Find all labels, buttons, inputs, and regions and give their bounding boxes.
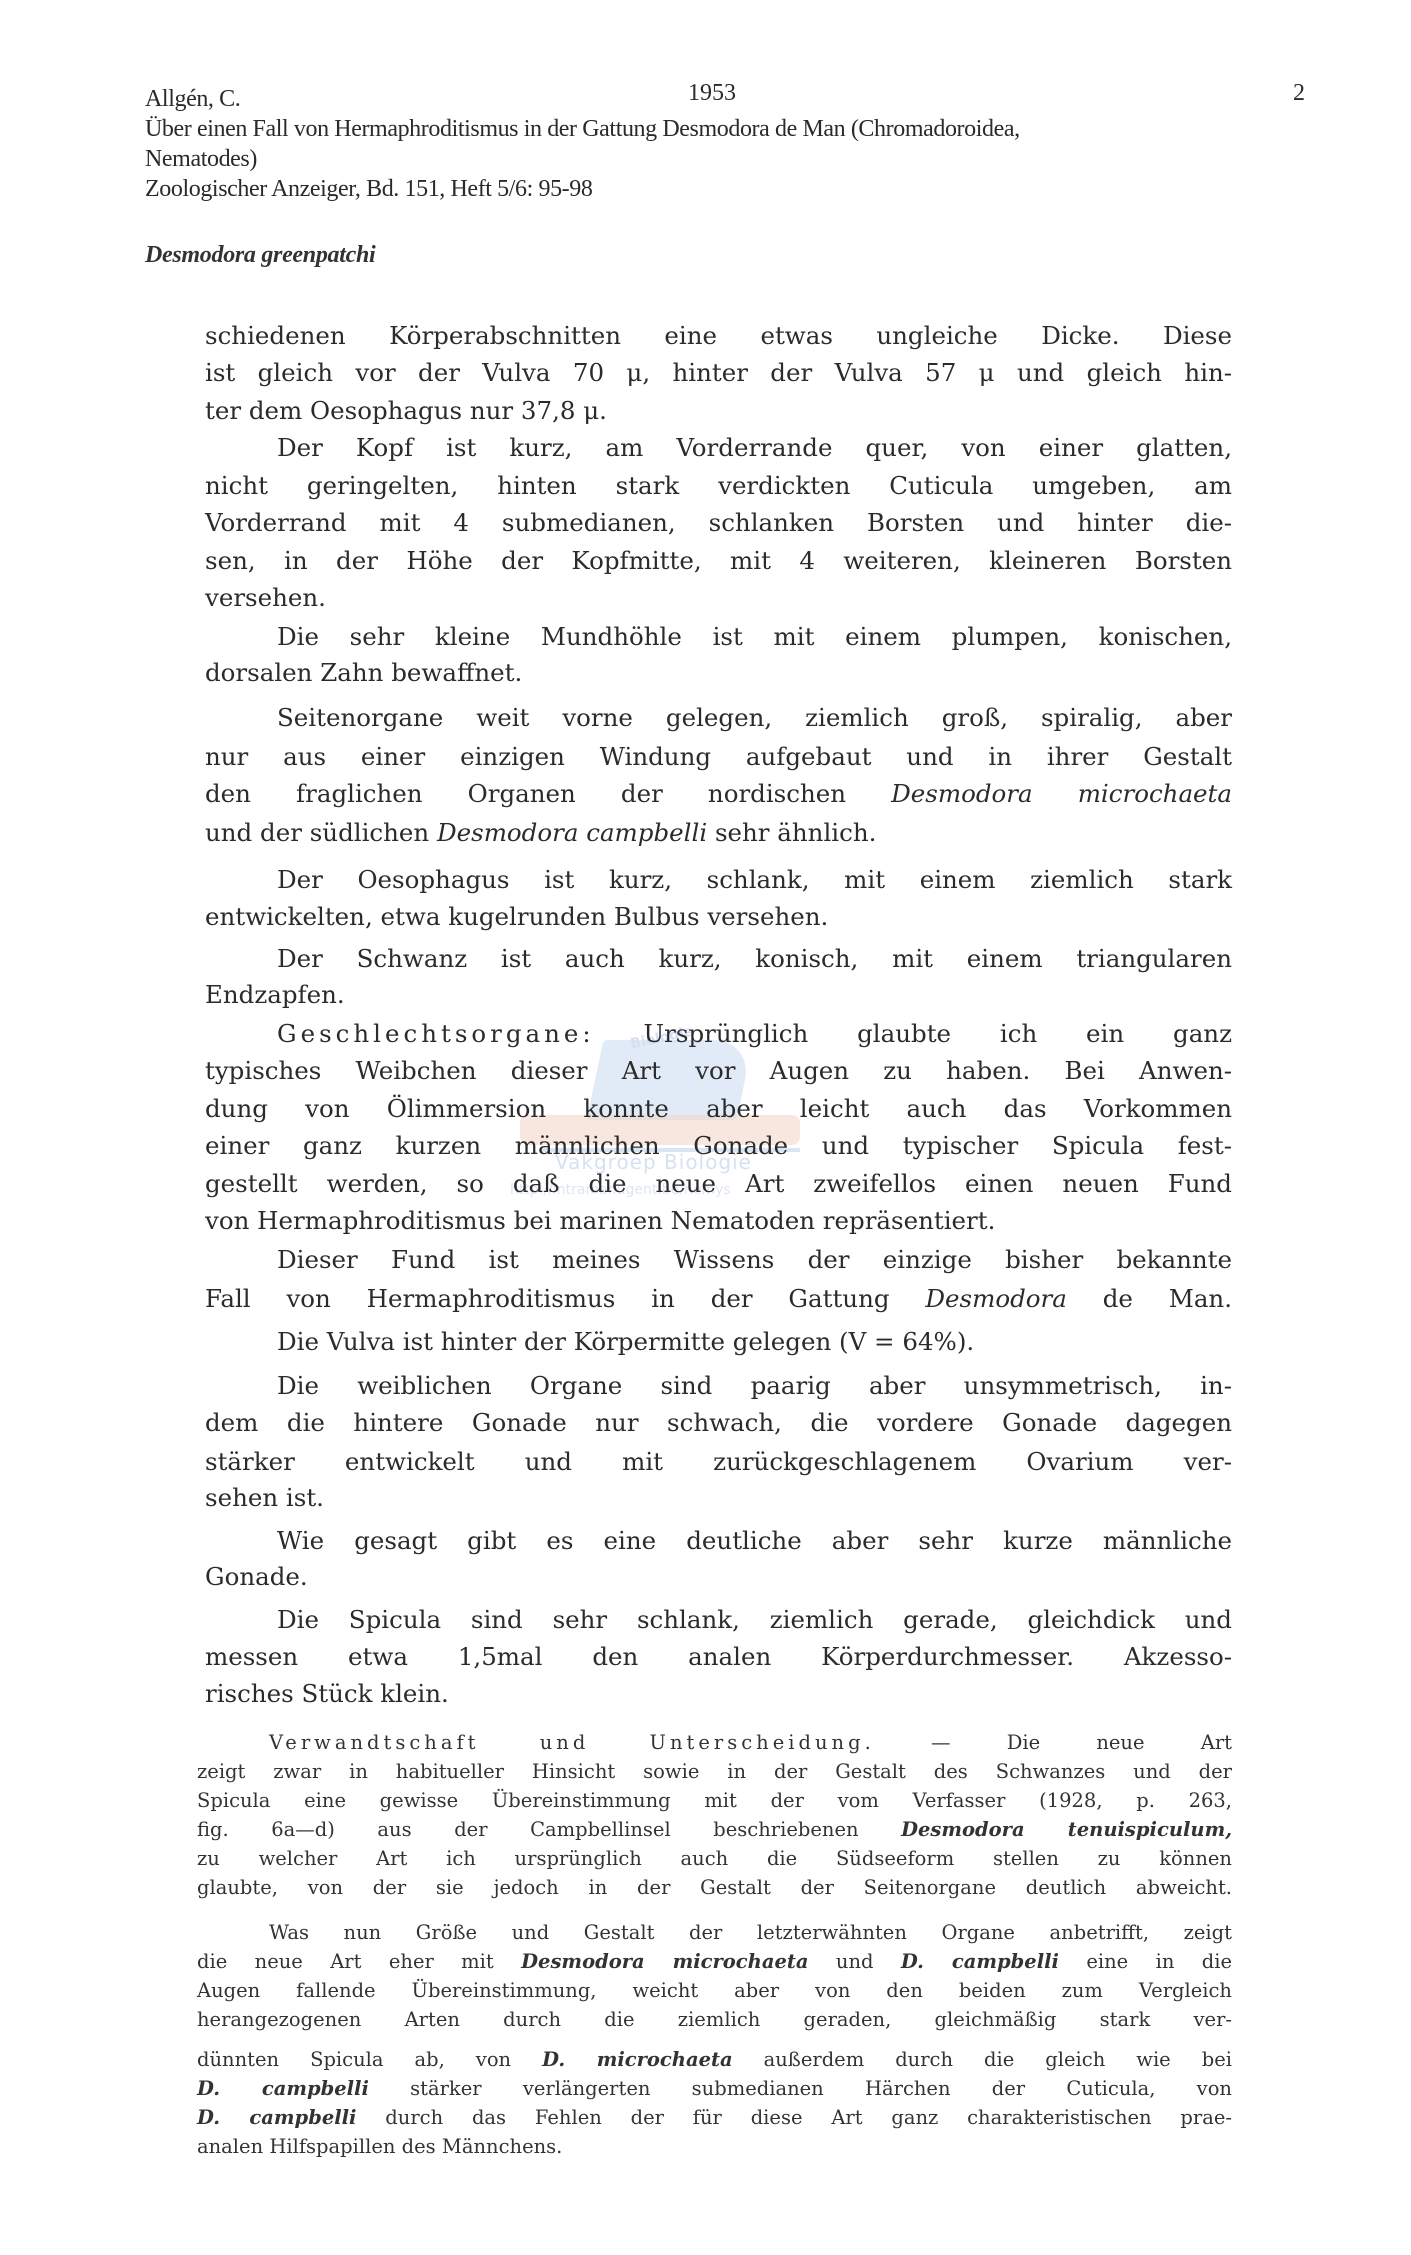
small-print-line: analen Hilfspapillen des Männchens. [197, 2133, 1232, 2161]
small-print-line: fig. 6a—d) aus der Campbellinsel beschri… [197, 1816, 1232, 1844]
body-line: Die weiblichen Organe sind paarig aber u… [205, 1368, 1232, 1404]
body-line: risches Stück klein. [205, 1676, 1232, 1712]
body-line: nicht geringelten, hinten stark verdickt… [205, 468, 1232, 504]
article-title-line-2: Nematodes) [145, 144, 257, 174]
text-span: dünnten Spicula ab, von [197, 2048, 542, 2071]
italic-taxon: Desmodora campbelli [437, 818, 707, 847]
body-line: messen etwa 1,5mal den analen Körperdurc… [205, 1639, 1232, 1675]
body-line: versehen. [205, 580, 1232, 616]
body-line: und der südlichen Desmodora campbelli se… [205, 815, 1232, 851]
italic-taxon: D. campbelli [197, 2106, 356, 2129]
body-line: Wie gesagt gibt es eine deutliche aber s… [205, 1523, 1232, 1559]
text-span: und der südlichen [205, 818, 437, 847]
body-line: einer ganz kurzen männlichen Gonade und … [205, 1128, 1232, 1164]
italic-taxon: Desmodora tenuispiculum, [901, 1818, 1232, 1841]
body-line: von Hermaphroditismus bei marinen Nemato… [205, 1203, 1232, 1239]
italic-taxon: D. microchaeta [542, 2048, 733, 2071]
body-line: Der Oesophagus ist kurz, schlank, mit ei… [205, 862, 1232, 898]
text-span: eine in die [1059, 1950, 1232, 1973]
italic-taxon: Desmodora microchaeta [891, 779, 1232, 808]
text-span: die neue Art eher mit [197, 1950, 521, 1973]
small-print-line: herangezogenen Arten durch die ziemlich … [197, 2006, 1232, 2034]
small-print-line: D. campbelli durch das Fehlen der für di… [197, 2104, 1232, 2132]
small-print-line: Verwandtschaft und Unterscheidung. — Die… [197, 1729, 1232, 1757]
species-heading: Desmodora greenpatchi [145, 242, 375, 269]
body-line: Endzapfen. [205, 977, 1232, 1013]
small-print-line: zeigt zwar in habitueller Hinsicht sowie… [197, 1758, 1232, 1786]
body-line: nur aus einer einzigen Windung aufgebaut… [205, 739, 1232, 775]
text-span: de Man. [1067, 1284, 1232, 1313]
text-span: sehr ähnlich. [707, 818, 876, 847]
publication-year: 1953 [688, 80, 736, 107]
body-line: Der Kopf ist kurz, am Vorderrande quer, … [205, 430, 1232, 466]
small-print-line: Was nun Größe und Gestalt der letzterwäh… [197, 1919, 1232, 1947]
body-line: dem die hintere Gonade nur schwach, die … [205, 1405, 1232, 1441]
author: Allgén, C. [145, 84, 240, 114]
body-line: Die Vulva ist hinter der Körpermitte gel… [205, 1324, 1232, 1360]
body-line: Die Spicula sind sehr schlank, ziemlich … [205, 1602, 1232, 1638]
body-line: Fall von Hermaphroditismus in der Gattun… [205, 1281, 1232, 1317]
body-line: sehen ist. [205, 1480, 1232, 1516]
body-line: Geschlechtsorgane: Ursprünglich glaubte … [205, 1016, 1232, 1052]
body-line: den fraglichen Organen der nordischen De… [205, 776, 1232, 812]
text-span: stärker verlängerten submedianen Härchen… [369, 2077, 1232, 2100]
text-span: und [809, 1950, 901, 1973]
body-line: stärker entwickelt und mit zurückgeschla… [205, 1444, 1232, 1480]
body-line: typisches Weibchen dieser Art vor Augen … [205, 1053, 1232, 1089]
text-span: den fraglichen Organen der nordischen [205, 779, 891, 808]
body-line: dung von Ölimmersion konnte aber leicht … [205, 1091, 1232, 1127]
text-span: Fall von Hermaphroditismus in der Gattun… [205, 1284, 925, 1313]
italic-taxon: D. campbelli [901, 1950, 1059, 1973]
body-line: sen, in der Höhe der Kopfmitte, mit 4 we… [205, 543, 1232, 579]
spaced-heading: Verwandtschaft und Unterscheidung. [269, 1731, 875, 1754]
spaced-heading: Geschlechtsorgane: [277, 1019, 595, 1048]
small-print-line: die neue Art eher mit Desmodora microcha… [197, 1948, 1232, 1976]
body-line: Seitenorgane weit vorne gelegen, ziemlic… [205, 700, 1232, 736]
small-print-line: zu welcher Art ich ursprünglich auch die… [197, 1845, 1232, 1873]
italic-taxon: Desmodora microchaeta [521, 1950, 808, 1973]
body-line: Dieser Fund ist meines Wissens der einzi… [205, 1242, 1232, 1278]
small-print-line: glaubte, von der sie jedoch in der Gesta… [197, 1874, 1232, 1902]
body-line: Der Schwanz ist auch kurz, konisch, mit … [205, 941, 1232, 977]
body-line: ist gleich vor der Vulva 70 μ, hinter de… [205, 355, 1232, 391]
text-span: — Die neue Art [875, 1731, 1232, 1754]
body-line: gestellt werden, so daß die neue Art zwe… [205, 1166, 1232, 1202]
body-line: Gonade. [205, 1559, 1232, 1595]
body-line: Vorderrand mit 4 submedianen, schlanken … [205, 505, 1232, 541]
small-print-line: Spicula eine gewisse Übereinstimmung mit… [197, 1787, 1232, 1815]
italic-taxon: Desmodora [925, 1284, 1066, 1313]
text-span: außerdem durch die gleich wie bei [733, 2048, 1232, 2071]
small-print-line: D. campbelli stärker verlängerten submed… [197, 2075, 1232, 2103]
article-title-line-1: Über einen Fall von Hermaphroditismus in… [145, 114, 1020, 144]
italic-taxon: D. campbelli [197, 2077, 369, 2100]
text-span: durch das Fehlen der für diese Art ganz … [356, 2106, 1232, 2129]
body-line: schiedenen Körperabschnitten eine etwas … [205, 318, 1232, 354]
small-print-line: dünnten Spicula ab, von D. microchaeta a… [197, 2046, 1232, 2074]
page-number: 2 [1293, 80, 1305, 107]
journal-citation: Zoologischer Anzeiger, Bd. 151, Heft 5/6… [145, 174, 592, 204]
body-line: Die sehr kleine Mundhöhle ist mit einem … [205, 619, 1232, 655]
body-line: ter dem Oesophagus nur 37,8 μ. [205, 393, 1232, 429]
text-span: fig. 6a—d) aus der Campbellinsel beschri… [197, 1818, 901, 1841]
small-print-line: Augen fallende Übereinstimmung, weicht a… [197, 1977, 1232, 2005]
body-line: entwickelten, etwa kugelrunden Bulbus ve… [205, 899, 1232, 935]
body-line: dorsalen Zahn bewaffnet. [205, 655, 1232, 691]
text-span: Ursprünglich glaubte ich ein ganz [595, 1019, 1232, 1048]
